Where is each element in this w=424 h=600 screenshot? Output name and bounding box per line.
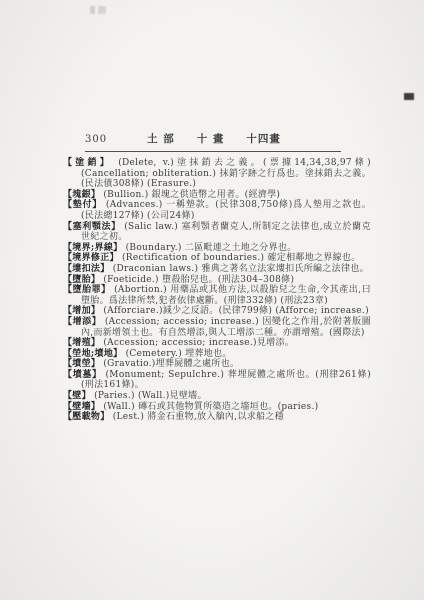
entry-list: 【塗銷】 (Delete, v.)塗抹銷去之義。(票據14,34,38,97條)…: [63, 158, 371, 423]
entry-headword: 【塞利顎法】: [63, 222, 121, 232]
entry-definition: (Accession; accessio; increase.)見增添。: [103, 338, 294, 348]
dictionary-entry: 【壁墻】 (Wall.) 磚石或其他物質所築造之墻垣也。(paries.): [63, 402, 371, 413]
entry-definition: (Advances.) 一稱墊款。(民律308,750條)爲人墊用之款也。(民法…: [81, 200, 371, 221]
entry-headword: 【墮胎】: [63, 275, 100, 285]
dictionary-entry: 【增加】 (Afforciare.)減少之反語。(民律799條) (Afforc…: [63, 306, 371, 317]
entry-headword: 【增添】: [63, 317, 101, 327]
entry-definition: (Gravatio.)埋葬屍體之處所也。: [103, 359, 239, 369]
running-header: 300 土 部 十 畫 十四畫: [85, 131, 341, 152]
entry-headword: 【增殖】: [63, 338, 100, 348]
dictionary-entry: 【增添】 (Accession; accessio; increase.) 因變…: [63, 317, 371, 338]
entry-headword: 【增加】: [63, 306, 100, 316]
dictionary-entry: 【壁】 (Paries.) (Wall.)見壁墻。: [63, 391, 371, 402]
entry-headword: 【壁墻】: [63, 402, 100, 412]
dictionary-entry: 【墳塋】 (Gravatio.)埋葬屍體之處所也。: [63, 359, 371, 370]
dictionary-entry: 【塊銀】 (Bullion.) 銀塊之供造幣之用者。(經濟學): [63, 190, 371, 201]
page-content: 300 土 部 十 畫 十四畫 【塗銷】 (Delete, v.)塗抹銷去之義。…: [63, 131, 371, 423]
dictionary-entry: 【增殖】 (Accession; accessio; increase.)見增添…: [63, 338, 371, 349]
entry-definition: (Lest.) 將金石重物,放入艙內,以求船之穩: [113, 412, 284, 422]
entry-headword: 【塗銷】: [63, 158, 112, 168]
entry-headword: 【塿扣法】: [63, 264, 110, 274]
entry-definition: (Monument; Sepulchre.) 葬埋屍體之處所也。(刑律261條)…: [81, 370, 371, 391]
dictionary-entry: 【墊付】 (Advances.) 一稱墊款。(民律308,750條)爲人墊用之款…: [63, 200, 371, 221]
entry-headword: 【壓載物】: [63, 412, 110, 422]
entry-definition: (Foeticide.) 墮殺胎兒也。(刑法304–308條): [103, 275, 294, 285]
entry-definition: (Abortion.) 用藥品或其他方法,以殺胎兒之生命,令其產出,曰墮胎。爲法…: [81, 285, 371, 306]
entry-headword: 【塋地;墳地】: [63, 349, 122, 359]
entry-headword: 【境界;界線】: [63, 243, 122, 253]
entry-definition: (Salic law.) 塞利顎者蘭克人,所制定之法律也,成立於蘭克世紀之初。: [81, 222, 371, 243]
stroke-count-label-end: 十四畫: [246, 131, 281, 146]
entry-definition: (Draconian laws.) 雅典之著名立法家塿扣氏所編之法律也。: [113, 264, 369, 274]
dictionary-entry: 【塋地;墳地】 (Cemetery.) 埋葬地也。: [63, 349, 371, 360]
entry-headword: 【墊付】: [63, 200, 102, 210]
dictionary-entry: 【墮胎罪】 (Abortion.) 用藥品或其他方法,以殺胎兒之生命,令其產出,…: [63, 285, 371, 306]
entry-definition: (Cemetery.) 埋葬地也。: [126, 349, 232, 359]
entry-headword: 【墳塋】: [63, 359, 100, 369]
entry-headword: 【塊銀】: [63, 190, 100, 200]
dictionary-entry: 【墳墓】 (Monument; Sepulchre.) 葬埋屍體之處所也。(刑律…: [63, 370, 371, 391]
dictionary-entry: 【塞利顎法】 (Salic law.) 塞利顎者蘭克人,所制定之法律也,成立於蘭…: [63, 222, 371, 243]
entry-headword: 【境界修正】: [63, 253, 119, 263]
radical-section-label: 土 部: [147, 131, 175, 146]
entry-headword: 【壁】: [63, 391, 91, 401]
dictionary-entry: 【壓載物】 (Lest.) 將金石重物,放入艙內,以求船之穩: [63, 412, 371, 423]
dictionary-entry: 【境界修正】 (Rectification of boundaries.) 確定…: [63, 253, 371, 264]
scanned-dictionary-page: { "header": { "page_number": "300", "sec…: [0, 0, 424, 600]
page-number: 300: [85, 134, 107, 145]
entry-definition: (Boundary.) 二區毗連之土地之分界也。: [126, 243, 297, 253]
entry-definition: (Delete, v.)塗抹銷去之義。(票據14,34,38,97條) (Can…: [81, 158, 371, 189]
stroke-count-label-start: 十 畫: [197, 131, 225, 146]
dictionary-entry: 【境界;界線】 (Boundary.) 二區毗連之土地之分界也。: [63, 243, 371, 254]
entry-definition: (Paries.) (Wall.)見壁墻。: [94, 391, 207, 401]
scan-blot-artifact: [404, 93, 414, 100]
dictionary-entry: 【塿扣法】 (Draconian laws.) 雅典之著名立法家塿扣氏所編之法律…: [63, 264, 371, 275]
entry-definition: (Bullion.) 銀塊之供造幣之用者。(經濟學): [103, 190, 280, 200]
entry-definition: (Afforciare.)減少之反語。(民律799條) (Afforce; in…: [103, 306, 369, 316]
entry-definition: (Accession; accessio; increase.) 因變化之作用,…: [81, 317, 371, 338]
dictionary-entry: 【墮胎】 (Foeticide.) 墮殺胎兒也。(刑法304–308條): [63, 275, 371, 286]
entry-headword: 【墳墓】: [63, 370, 102, 380]
entry-definition: (Wall.) 磚石或其他物質所築造之墻垣也。(paries.): [103, 402, 318, 412]
dictionary-entry: 【塗銷】 (Delete, v.)塗抹銷去之義。(票據14,34,38,97條)…: [63, 158, 371, 190]
faint-stamp-mark: [90, 6, 106, 14]
entry-headword: 【墮胎罪】: [63, 285, 111, 295]
entry-definition: (Rectification of boundaries.) 確定相鄰地之界線也…: [122, 253, 361, 263]
